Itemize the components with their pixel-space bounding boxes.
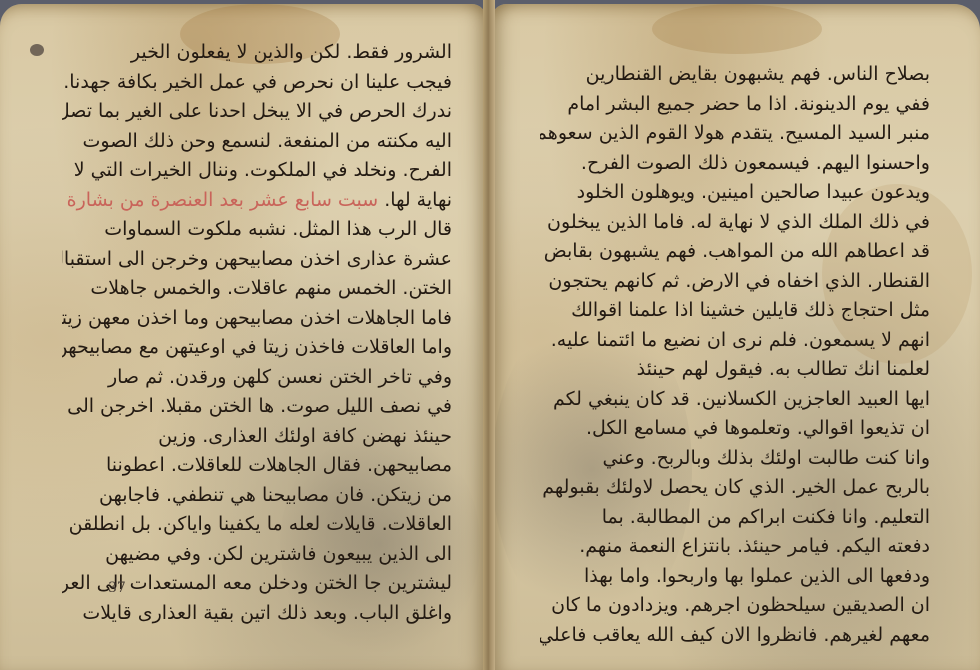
text-line: مثل احتجاج ذلك قايلين خشينا اذا علمنا اق… — [540, 296, 930, 326]
manuscript-spread: الشرور فقط. لكن والذين لا يفعلون الخير ف… — [0, 0, 980, 670]
text-line: ويدعون عبيدا صالحين امينين. ويوهلون الخل… — [540, 178, 930, 208]
text-line: واغلق الباب. وبعد ذلك اتين بقية العذارى … — [62, 599, 452, 629]
text-line: وانا كنت طالبت اولئك بذلك وبالربح. وعني — [540, 444, 930, 474]
text-line: القنطار. الذي اخفاه في الارض. ثم كانهم ي… — [540, 267, 930, 297]
water-stain — [652, 4, 822, 54]
text-line: ففي يوم الدينونة. اذا ما حضر جميع البشر … — [540, 90, 930, 120]
text-line: واما العاقلات فاخذن زيتا في اوعيتهن مع م… — [62, 333, 452, 363]
text-line: بالربح عمل الخير. الذي كان يحصل لاولئك ب… — [540, 473, 930, 503]
folio-number: 37 — [108, 580, 126, 596]
text-line: حينئذ نهضن كافة اولئك العذارى. وزين — [62, 422, 452, 452]
text-line: الى الذين يبيعون فاشترين لكن. وفي مضيهن — [62, 540, 452, 570]
text-line: فاما الجاهلات اخذن مصابيحهن وما اخذن معه… — [62, 304, 452, 334]
text-line: ان تذيعوا اقوالي. وتعلموها في مسامع الكل… — [540, 414, 930, 444]
text-line: الشرور فقط. لكن والذين لا يفعلون الخير — [62, 38, 452, 68]
text-line: ايها العبيد العاجزين الكسلانين. قد كان ي… — [540, 385, 930, 415]
right-page-text: بصلاح الناس. فهم يشبهون بقايض القنطارين … — [540, 60, 930, 650]
text-line: بصلاح الناس. فهم يشبهون بقايض القنطارين — [540, 60, 930, 90]
text-line: من زيتكن. فان مصابيحنا هي تنطفي. فاجابهن — [62, 481, 452, 511]
text-line: لعلمنا انك تطالب به. فيقول لهم حينئذ — [540, 355, 930, 385]
book-gutter — [483, 0, 495, 670]
ink-blot — [30, 44, 44, 56]
text-line: في نصف الليل صوت. ها الختن مقبلا. اخرجن … — [62, 392, 452, 422]
left-page-text: الشرور فقط. لكن والذين لا يفعلون الخير ف… — [62, 38, 452, 628]
text-line: ندرك الحرص في الا يبخل احدنا على الغير ب… — [62, 97, 452, 127]
text-line: واحسنوا اليهم. فيسمعون ذلك الصوت الفرح. — [540, 149, 930, 179]
text-line: في ذلك الملك الذي لا نهاية له. فاما الذي… — [540, 208, 930, 238]
text-line: العاقلات. قايلات لعله ما يكفينا واياكن. … — [62, 510, 452, 540]
text-line: قال الرب هذا المثل. نشبه ملكوت السماوات — [62, 215, 452, 245]
text-line: ودفعها الى الذين عملوا بها واربحوا. واما… — [540, 562, 930, 592]
text-line: منبر السيد المسيح. يتقدم هولا القوم الذي… — [540, 119, 930, 149]
text-line: الختن. الخمس منهم عاقلات. والخمس جاهلات — [62, 274, 452, 304]
text-line: مصابيحهن. فقال الجاهلات للعاقلات. اعطونن… — [62, 451, 452, 481]
text-line: دفعته اليكم. فيامر حينئذ. بانتزاع النعمة… — [540, 532, 930, 562]
text-line: اليه مكنته من المنفعة. لنسمع وحن ذلك الص… — [62, 127, 452, 157]
text-line: الفرح. ونخلد في الملكوت. وننال الخيرات ا… — [62, 156, 452, 186]
text-line: التعليم. وانا فكنت ابراكم من المطالبة. ب… — [540, 503, 930, 533]
text-line: انهم لا يسمعون. فلم نرى ان نضيع ما ائتمن… — [540, 326, 930, 356]
text-line: فيجب علينا ان نحرص في عمل الخير بكافة جه… — [62, 68, 452, 98]
text-line: وفي تاخر الختن نعسن كلهن ورقدن. ثم صار — [62, 363, 452, 393]
text-line-with-rubric: نهاية لها. سبت سابع عشر بعد العنصرة من ب… — [62, 186, 452, 216]
text-line: عشرة عذارى اخذن مصابيحهن وخرجن الى استقب… — [62, 245, 452, 275]
text-line: معهم لغيرهم. فانظروا الان كيف الله يعاقب… — [540, 621, 930, 651]
text-line: ان الصديقين سيلحظون اجرهم. ويزدادون ما ك… — [540, 591, 930, 621]
text-line: قد اعطاهم الله من المواهب. فهم يشبهون بق… — [540, 237, 930, 267]
text-fragment: نهاية لها. — [384, 189, 452, 211]
rubric-heading: سبت سابع عشر بعد العنصرة من بشارة متى — [62, 189, 378, 211]
